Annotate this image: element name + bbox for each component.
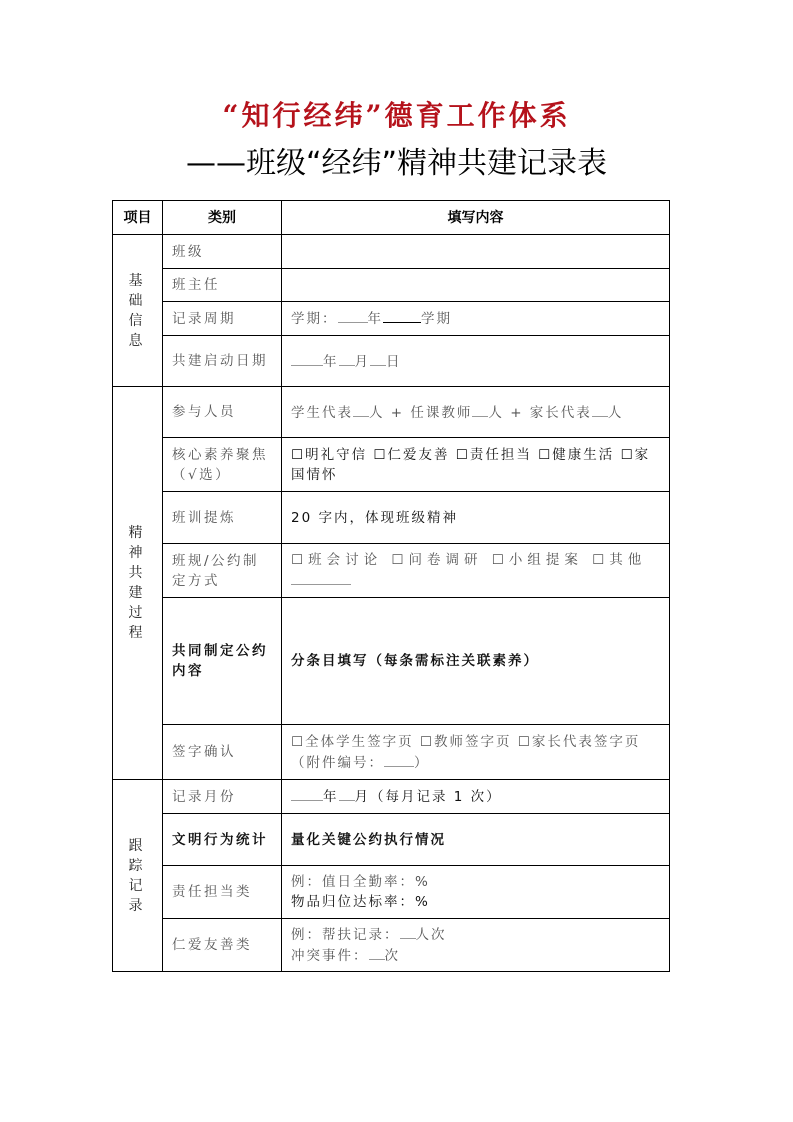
table-row: 核心素养聚焦（√选） ☐明礼守信 ☐仁爱友善 ☐责任担当 ☐健康生活 ☐家国情怀: [113, 438, 670, 492]
text: 人 + 任课教师: [369, 405, 472, 421]
participants-field[interactable]: 学生代表人 + 任课教师人 + 家长代表人: [282, 387, 670, 438]
blank-month[interactable]: [339, 351, 355, 366]
text: 人 + 家长代表: [488, 405, 591, 421]
civil-behavior-field[interactable]: 量化关键公约执行情况: [282, 814, 670, 866]
blank-conflict-count[interactable]: [369, 945, 385, 960]
row-label-record-month: 记录月份: [163, 780, 282, 814]
section-label-tracking: 跟 踪 记 录: [113, 780, 163, 972]
text: 人: [608, 405, 624, 421]
text: 年: [323, 354, 339, 370]
row-label-signature: 签字确认: [163, 725, 282, 780]
row-label-class: 班级: [163, 235, 282, 269]
table-row: 签字确认 ☐全体学生签字页 ☐教师签字页 ☐家长代表签字页（附件编号：）: [113, 725, 670, 780]
row-label-convention-content: 共同制定公约内容: [163, 598, 282, 725]
text: 年: [368, 311, 384, 327]
text: 月: [355, 354, 371, 370]
section-label-line: 信 息: [117, 311, 158, 351]
text: 次: [385, 948, 401, 964]
responsibility-field[interactable]: 例：值日全勤率：%物品归位达标率：%: [282, 866, 670, 919]
row-label-record-period: 记录周期: [163, 302, 282, 336]
row-label-start-date: 共建启动日期: [163, 336, 282, 387]
document-subtitle: ——班级“经纬”精神共建记录表: [0, 138, 793, 182]
text: 物品归位达标率：%: [291, 894, 430, 910]
text: ）: [414, 755, 430, 771]
table-header-row: 项目 类别 填写内容: [113, 201, 670, 235]
text: ☐全体学生签字页 ☐教师签字页 ☐家长代表签字页: [291, 734, 640, 750]
signature-checkboxes[interactable]: ☐全体学生签字页 ☐教师签字页 ☐家长代表签字页（附件编号：）: [282, 725, 670, 780]
table-row: 班主任: [113, 269, 670, 302]
blank-year[interactable]: [338, 308, 368, 323]
blank-term[interactable]: [383, 308, 421, 323]
blank-student-count[interactable]: [353, 402, 369, 417]
section-label-line: 记 录: [117, 876, 158, 916]
table-row: 班训提炼 20 字内，体现班级精神: [113, 492, 670, 544]
text: 学生代表: [291, 405, 353, 421]
section-label-line: 跟 踪: [117, 836, 158, 876]
kindness-field[interactable]: 例：帮扶记录：人次冲突事件：次: [282, 919, 670, 972]
section-label-co-building-process: 精 神 共 建 过 程: [113, 387, 163, 780]
convention-content-field[interactable]: 分条目填写（每条需标注关联素养）: [282, 598, 670, 725]
row-label-class-motto: 班训提炼: [163, 492, 282, 544]
text: 例：帮扶记录：: [291, 927, 400, 943]
class-field[interactable]: [282, 235, 670, 269]
text: 月（每月记录 1 次）: [355, 789, 502, 805]
table-row: 文明行为统计 量化关键公约执行情况: [113, 814, 670, 866]
row-label-responsibility: 责任担当类: [163, 866, 282, 919]
blank-other[interactable]: [291, 570, 351, 585]
text: 例：值日全勤率：%: [291, 874, 430, 890]
row-label-participants: 参与人员: [163, 387, 282, 438]
blank-year[interactable]: [291, 786, 323, 801]
table-row: 班规/公约制定方式 ☐班会讨论 ☐问卷调研 ☐小组提案 ☐其他: [113, 544, 670, 598]
text: 人次: [416, 927, 447, 943]
column-header-item: 项目: [113, 201, 163, 235]
row-label-head-teacher: 班主任: [163, 269, 282, 302]
blank-attachment-no[interactable]: [384, 752, 414, 767]
row-label-kindness: 仁爱友善类: [163, 919, 282, 972]
blank-month[interactable]: [339, 786, 355, 801]
text: ☐班会讨论 ☐问卷调研 ☐小组提案 ☐其他: [291, 552, 646, 568]
blank-help-count[interactable]: [400, 924, 416, 939]
record-table: 项目 类别 填写内容 基 础 信 息 班级 班主任 记录周期 学期：年学期 共建…: [112, 200, 670, 972]
table-row: 精 神 共 建 过 程 参与人员 学生代表人 + 任课教师人 + 家长代表人: [113, 387, 670, 438]
column-header-content: 填写内容: [282, 201, 670, 235]
text: 冲突事件：: [291, 948, 369, 964]
row-label-civil-behavior: 文明行为统计: [163, 814, 282, 866]
table-row: 跟 踪 记 录 记录月份 年月（每月记录 1 次）: [113, 780, 670, 814]
table-row: 共建启动日期 年月日: [113, 336, 670, 387]
blank-parent-count[interactable]: [592, 402, 608, 417]
text: （附件编号：: [291, 755, 384, 771]
blank-day[interactable]: [370, 351, 386, 366]
table-row: 记录周期 学期：年学期: [113, 302, 670, 336]
core-competency-checkboxes[interactable]: ☐明礼守信 ☐仁爱友善 ☐责任担当 ☐健康生活 ☐家国情怀: [282, 438, 670, 492]
blank-year[interactable]: [291, 351, 323, 366]
row-label-core-competency: 核心素养聚焦（√选）: [163, 438, 282, 492]
text: 日: [386, 354, 402, 370]
row-label-rule-method: 班规/公约制定方式: [163, 544, 282, 598]
column-header-category: 类别: [163, 201, 282, 235]
blank-teacher-count[interactable]: [472, 402, 488, 417]
table-row: 仁爱友善类 例：帮扶记录：人次冲突事件：次: [113, 919, 670, 972]
section-label-basic-info: 基 础 信 息: [113, 235, 163, 387]
start-date-field[interactable]: 年月日: [282, 336, 670, 387]
record-period-field[interactable]: 学期：年学期: [282, 302, 670, 336]
table-row: 基 础 信 息 班级: [113, 235, 670, 269]
section-label-line: 过 程: [117, 603, 158, 643]
section-label-line: 共 建: [117, 563, 158, 603]
text: 学期: [421, 311, 452, 327]
record-month-field[interactable]: 年月（每月记录 1 次）: [282, 780, 670, 814]
text: 学期：: [291, 311, 338, 327]
table-row: 共同制定公约内容 分条目填写（每条需标注关联素养）: [113, 598, 670, 725]
text: 年: [323, 789, 339, 805]
class-motto-field[interactable]: 20 字内，体现班级精神: [282, 492, 670, 544]
section-label-line: 精 神: [117, 523, 158, 563]
document-title: “知行经纬”德育工作体系: [0, 94, 793, 134]
head-teacher-field[interactable]: [282, 269, 670, 302]
rule-method-checkboxes[interactable]: ☐班会讨论 ☐问卷调研 ☐小组提案 ☐其他: [282, 544, 670, 598]
table-row: 责任担当类 例：值日全勤率：%物品归位达标率：%: [113, 866, 670, 919]
section-label-line: 基 础: [117, 271, 158, 311]
